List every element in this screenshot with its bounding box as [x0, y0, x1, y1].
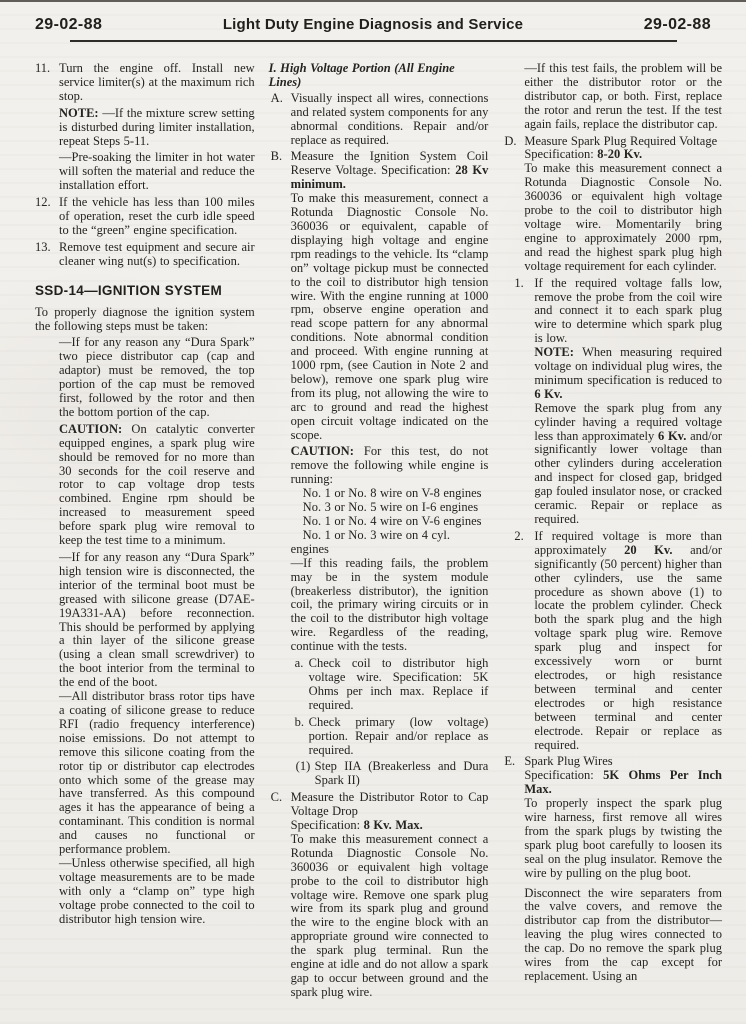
item-marker: 11. — [35, 62, 50, 76]
list-item: C.Measure the Distributor Rotor to Cap V… — [269, 791, 489, 819]
list-item: a.Check coil to distributor high voltage… — [269, 657, 489, 713]
text: No. 1 or No. 8 wire on V-8 engines — [303, 486, 482, 500]
text: Spark Plug Wires — [524, 754, 612, 768]
bold-text: 6 Kv. — [658, 429, 686, 443]
text: To make this measurement connect a Rotun… — [291, 832, 489, 999]
item-marker: a. — [295, 657, 304, 671]
list-item: b.Check primary (low voltage) portion. R… — [269, 716, 489, 758]
list-item: 1.If the required voltage falls low, rem… — [502, 277, 722, 347]
item-marker: 12. — [35, 196, 51, 210]
paragraph: Specification: 8 Kv. Max. — [269, 819, 489, 833]
paragraph: —All distributor brass rotor tips have a… — [35, 690, 255, 857]
item-marker: (1) — [296, 760, 311, 774]
paragraph: NOTE: —If the mixture screw setting is d… — [35, 107, 255, 149]
text: and/or significantly (50 percent) higher… — [534, 543, 722, 752]
list-item: (1)Step IIA (Breakerless and Dura Spark … — [269, 760, 489, 788]
paragraph: Disconnect the wire separaters from the … — [502, 887, 722, 984]
item-marker: 13. — [35, 241, 51, 255]
text: To properly inspect the spark plug wire … — [524, 796, 722, 880]
text: —If this reading fails, the problem may … — [291, 556, 489, 653]
list-item: 11.Turn the engine off. Install new serv… — [35, 62, 255, 104]
paragraph: To make this measurement, connect a Rotu… — [269, 192, 489, 442]
list-item: B.Measure the Ignition System Coil Reser… — [269, 150, 489, 192]
text: Step IIA (Breakerless and Dura Spark II) — [315, 759, 489, 787]
paragraph: —Pre-soaking the limiter in hot water wi… — [35, 151, 255, 193]
text: —If for any reason any “Dura Spark” high… — [59, 550, 255, 689]
section-heading-ssd14: SSD-14—IGNITION SYSTEM — [35, 284, 255, 298]
text: No. 3 or No. 5 wire on I-6 engines — [303, 500, 478, 514]
text: If the vehicle has less than 100 miles o… — [59, 195, 255, 237]
paragraph: No. 1 or No. 3 wire on 4 cyl. engines — [269, 529, 489, 557]
bold-text: NOTE: — [59, 106, 102, 120]
bold-text: 8-20 Kv. — [597, 147, 642, 161]
text: SSD-14—IGNITION SYSTEM — [35, 283, 222, 298]
text: —Pre-soaking the limiter in hot water wi… — [59, 150, 255, 192]
text: To make this measurement, connect a Rotu… — [291, 191, 489, 441]
item-marker: 1. — [514, 277, 523, 291]
text: Measure Spark Plug Required Voltage — [524, 134, 717, 148]
bold-text: 6 Kv. — [534, 387, 562, 401]
paragraph: To properly inspect the spark plug wire … — [502, 797, 722, 880]
page-title: Light Duty Engine Diagnosis and Service — [0, 16, 746, 33]
text: Specification: — [291, 818, 364, 832]
text: —If this test fails, the problem will be… — [524, 61, 722, 131]
item-marker: A. — [271, 92, 283, 106]
list-item: 12.If the vehicle has less than 100 mile… — [35, 196, 255, 238]
text: —All distributor brass rotor tips have a… — [59, 689, 255, 856]
paragraph: —Unless otherwise specified, all high vo… — [35, 857, 255, 927]
list-item: 2.If required voltage is more than appro… — [502, 530, 722, 753]
list-item: D.Measure Spark Plug Required Voltage — [502, 135, 722, 149]
page-header: Light Duty Engine Diagnosis and Service … — [0, 0, 746, 42]
paragraph: CAUTION: For this test, do not remove th… — [269, 445, 489, 487]
list-item: E.Spark Plug Wires — [502, 755, 722, 769]
paragraph: NOTE: When measuring required voltage on… — [502, 346, 722, 402]
text: —Unless otherwise specified, all high vo… — [59, 856, 255, 926]
manual-page: Light Duty Engine Diagnosis and Service … — [0, 0, 746, 1024]
item-marker: B. — [271, 150, 282, 164]
paragraph: No. 1 or No. 4 wire on V-6 engines — [269, 515, 489, 529]
paragraph: —If this reading fails, the problem may … — [269, 557, 489, 654]
paragraph: Remove the spark plug from any cylinder … — [502, 402, 722, 527]
paragraph: To properly diagnose the ignition system… — [35, 306, 255, 334]
bold-text: 20 Kv. — [624, 543, 672, 557]
text: Check primary (low voltage) portion. Rep… — [309, 715, 489, 757]
item-marker: b. — [295, 716, 304, 730]
text: —If for any reason any “Dura Spark” two … — [59, 335, 255, 419]
content-columns: 11.Turn the engine off. Install new serv… — [0, 42, 746, 1000]
item-marker: C. — [271, 791, 282, 805]
text: Disconnect the wire separaters from the … — [524, 886, 722, 983]
text: Visually inspect all wires, connections … — [291, 91, 489, 147]
text: To properly diagnose the ignition system… — [35, 305, 255, 333]
text: Measure the Distributor Rotor to Cap Vol… — [291, 790, 489, 818]
bold-text: 8 Kv. Max. — [364, 818, 423, 832]
bold-text: CAUTION: — [59, 422, 131, 436]
paragraph: —If for any reason any “Dura Spark” two … — [35, 336, 255, 419]
bold-text: CAUTION: — [291, 444, 364, 458]
item-marker: D. — [504, 135, 516, 149]
column-left: 11.Turn the engine off. Install new serv… — [35, 62, 255, 1000]
bold-text: NOTE: — [534, 345, 582, 359]
paragraph: To make this measurement connect a Rotun… — [502, 162, 722, 273]
text: Turn the engine off. Install new service… — [59, 61, 255, 103]
text: I. High Voltage Portion (All Engine Line… — [269, 61, 455, 89]
column-middle: I. High Voltage Portion (All Engine Line… — [269, 62, 489, 1000]
paragraph: No. 1 or No. 8 wire on V-8 engines — [269, 487, 489, 501]
text: If the required voltage falls low, remov… — [534, 276, 722, 346]
column-heading-high-voltage: I. High Voltage Portion (All Engine Line… — [269, 62, 489, 90]
text: and/or significantly lower voltage than … — [534, 429, 722, 526]
paragraph: CAUTION: On catalytic converter equipped… — [35, 423, 255, 548]
paragraph: To make this measurement connect a Rotun… — [269, 833, 489, 1000]
item-marker: 2. — [514, 530, 523, 544]
text: On catalytic converter equipped engines,… — [59, 422, 255, 547]
paragraph: Specification: 8-20 Kv. — [502, 148, 722, 162]
item-marker: E. — [504, 755, 515, 769]
text: Check coil to distributor high voltage w… — [309, 656, 489, 712]
header-rule — [70, 40, 677, 42]
text: No. 1 or No. 3 wire on 4 cyl. engines — [291, 528, 450, 556]
paragraph: No. 3 or No. 5 wire on I-6 engines — [269, 501, 489, 515]
text: To make this measurement connect a Rotun… — [524, 161, 722, 272]
text: Specification: — [524, 768, 603, 782]
list-item: A.Visually inspect all wires, connection… — [269, 92, 489, 148]
text: No. 1 or No. 4 wire on V-6 engines — [303, 514, 482, 528]
column-right: —If this test fails, the problem will be… — [502, 62, 722, 1000]
paragraph: —If this test fails, the problem will be… — [502, 62, 722, 132]
list-item: 13.Remove test equipment and secure air … — [35, 241, 255, 269]
text: Specification: — [524, 147, 597, 161]
text: Remove test equipment and secure air cle… — [59, 240, 255, 268]
paragraph: Specification: 5K Ohms Per Inch Max. — [502, 769, 722, 797]
paragraph: —If for any reason any “Dura Spark” high… — [35, 551, 255, 690]
